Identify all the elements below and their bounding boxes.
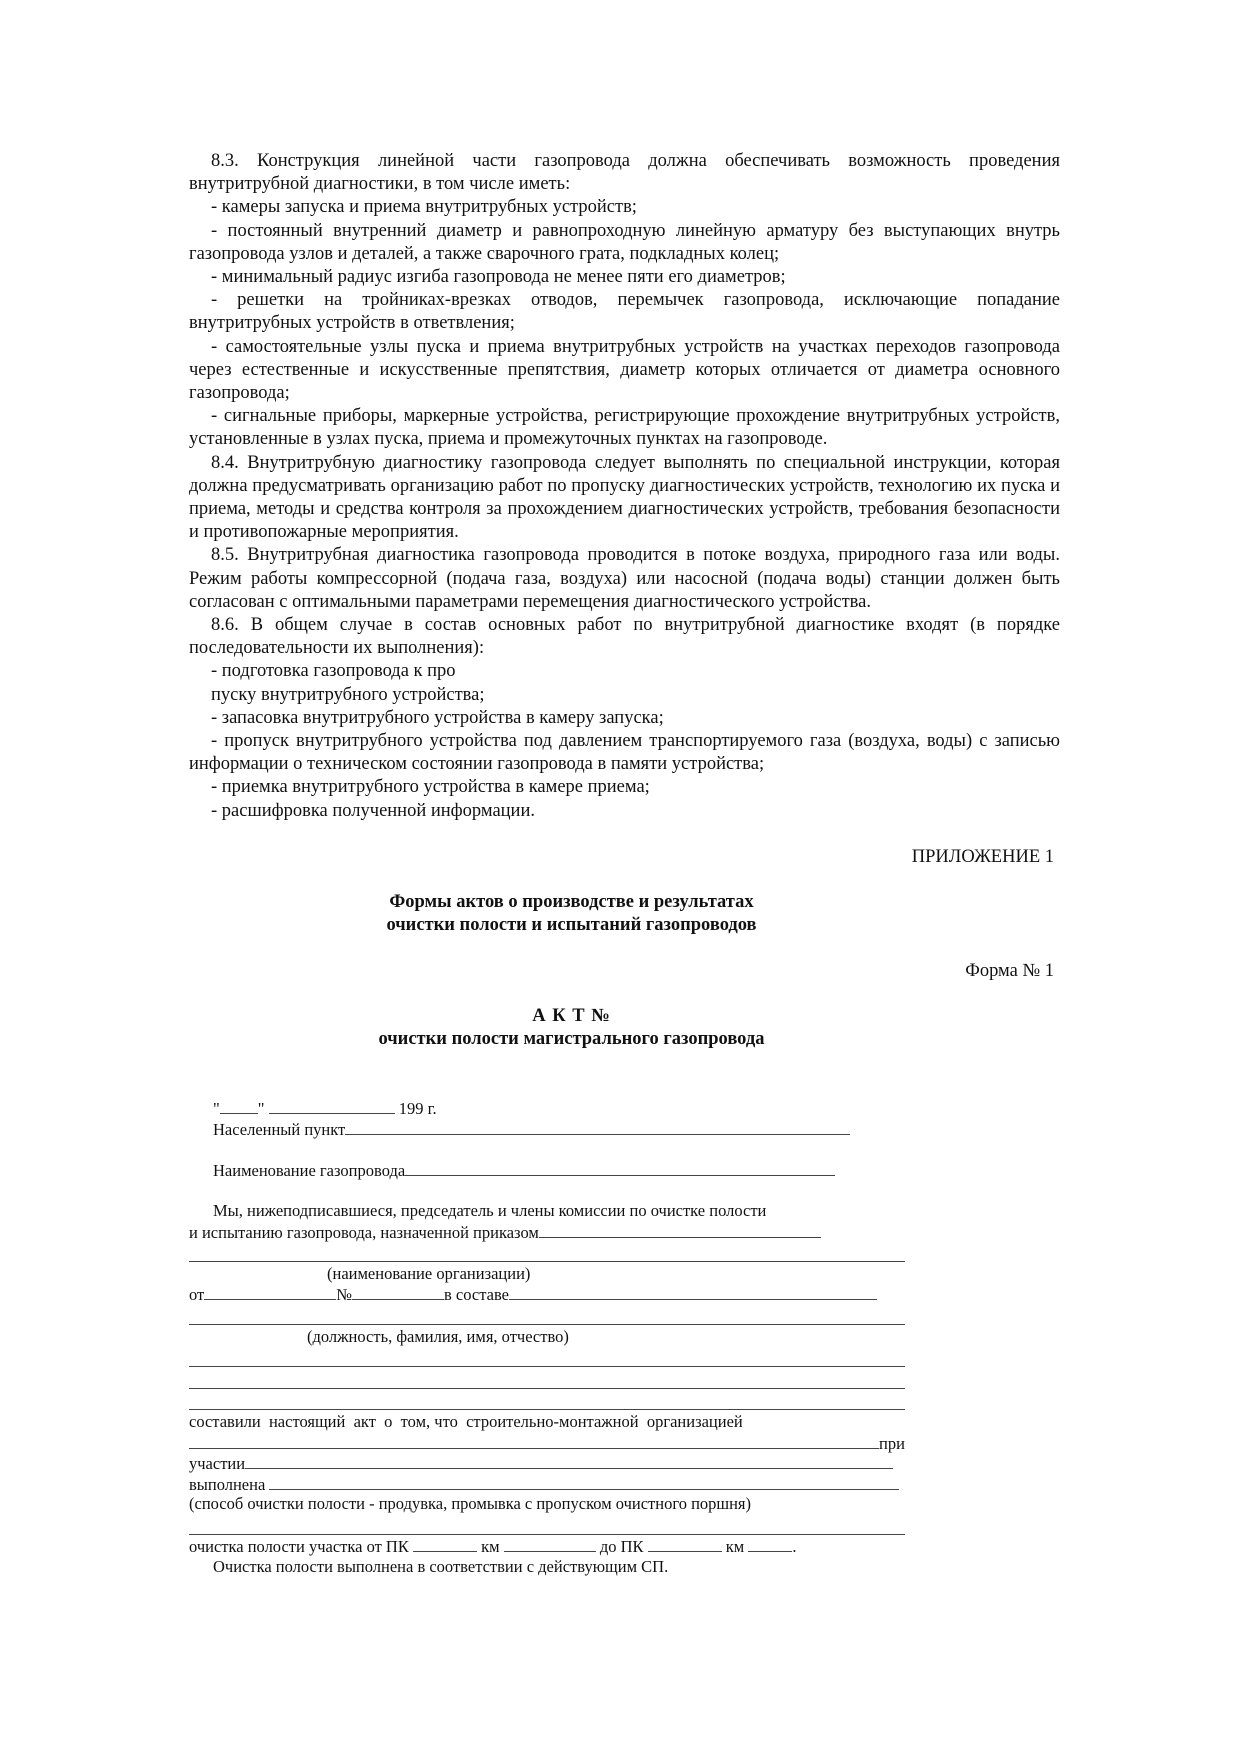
participation-line: участии	[189, 1453, 909, 1474]
compiled-line: составили настоящий акт о том, что строи…	[189, 1412, 909, 1433]
pipeline-name-field[interactable]	[405, 1160, 835, 1176]
date-month-field[interactable]	[269, 1098, 395, 1114]
paragraph-8-5: 8.5. Внутритрубная диагностика газопрово…	[189, 544, 1060, 614]
act-title: А К Т №	[189, 1005, 1060, 1028]
contractor-line: при	[189, 1433, 909, 1454]
order-field[interactable]	[539, 1222, 821, 1238]
date-day-field[interactable]	[220, 1098, 258, 1114]
bullet-bend-radius: - минимальный радиус изгиба газопровода …	[189, 266, 1060, 289]
step-preparation-b: пуску внутритрубного устройства;	[189, 684, 1060, 707]
document-page: 8.3. Конструкция линейной части газопров…	[189, 150, 1060, 1051]
settlement-field[interactable]	[345, 1119, 850, 1135]
step-preparation-a: - подготовка газопровода к про	[189, 660, 1060, 683]
performed-line: выполнена	[189, 1474, 909, 1495]
commission-line1: Мы, нижеподписавшиеся, председатель и чл…	[189, 1201, 909, 1222]
person-caption: (должность, фамилия, имя, отчество)	[189, 1327, 909, 1348]
section-range-line: очистка полости участка от ПК км до ПК к…	[189, 1536, 909, 1557]
member-field-1[interactable]	[189, 1305, 905, 1325]
step-passage: - пропуск внутритрубного устройства под …	[189, 730, 1060, 776]
pk-to-field[interactable]	[648, 1536, 722, 1552]
step-loading: - запасовка внутритрубного устройства в …	[189, 707, 1060, 730]
performed-field[interactable]	[269, 1474, 899, 1490]
act-subtitle: очистки полости магистрального газопрово…	[189, 1028, 1060, 1051]
paragraph-8-4: 8.4. Внутритрубную диагностику газопрово…	[189, 452, 1060, 545]
member-field-4[interactable]	[189, 1390, 905, 1410]
settlement-line: Населенный пункт	[189, 1119, 909, 1140]
paragraph-8-3: 8.3. Конструкция линейной части газопров…	[189, 150, 1060, 196]
method-field[interactable]	[189, 1515, 905, 1535]
appendix-title-line2: очистки полости и испытаний газопроводов	[189, 914, 1060, 937]
act-form: "" 199 г. Населенный пункт Наименование …	[189, 1098, 909, 1578]
date-year: 199 г.	[399, 1099, 437, 1118]
bullet-launch-chambers: - камеры запуска и приема внутритрубных …	[189, 196, 1060, 219]
pipeline-name-line: Наименование газопровода	[189, 1160, 909, 1181]
order-date-field[interactable]	[204, 1284, 336, 1300]
appendix-label: ПРИЛОЖЕНИЕ 1	[189, 846, 1060, 869]
km-from-field[interactable]	[504, 1536, 596, 1552]
appendix-title-line1: Формы актов о производстве и результатах	[189, 891, 1060, 914]
organization-field[interactable]	[189, 1242, 905, 1262]
step-receiving: - приемка внутритрубного устройства в ка…	[189, 776, 1060, 799]
conclusion-line: Очистка полости выполнена в соответствии…	[189, 1557, 909, 1578]
paragraph-8-6: 8.6. В общем случае в состав основных ра…	[189, 614, 1060, 660]
pk-from-field[interactable]	[413, 1536, 477, 1552]
participation-field[interactable]	[245, 1453, 893, 1469]
bullet-separate-nodes: - самостоятельные узлы пуска и приема вн…	[189, 336, 1060, 406]
bullet-constant-diameter: - постоянный внутренний диаметр и равноп…	[189, 220, 1060, 266]
date-line: "" 199 г.	[189, 1098, 909, 1119]
order-number-field[interactable]	[352, 1284, 444, 1300]
method-caption: (способ очистки полости - продувка, пром…	[189, 1494, 909, 1515]
bullet-grates: - решетки на тройниках-врезках отводов, …	[189, 289, 1060, 335]
member-field-3[interactable]	[189, 1369, 905, 1389]
bullet-signal-devices: - сигнальные приборы, маркерные устройст…	[189, 405, 1060, 451]
step-decoding: - расшифровка полученной информации.	[189, 800, 1060, 823]
member-field-2[interactable]	[189, 1347, 905, 1367]
form-number-label: Форма № 1	[189, 960, 1060, 983]
organization-caption: (наименование организации)	[189, 1264, 909, 1285]
commission-line2: и испытанию газопровода, назначенной при…	[189, 1222, 909, 1243]
composition-field[interactable]	[509, 1284, 877, 1300]
km-to-field[interactable]	[748, 1536, 792, 1552]
order-details-line: от№в составе	[189, 1284, 909, 1305]
contractor-field[interactable]	[189, 1433, 879, 1449]
